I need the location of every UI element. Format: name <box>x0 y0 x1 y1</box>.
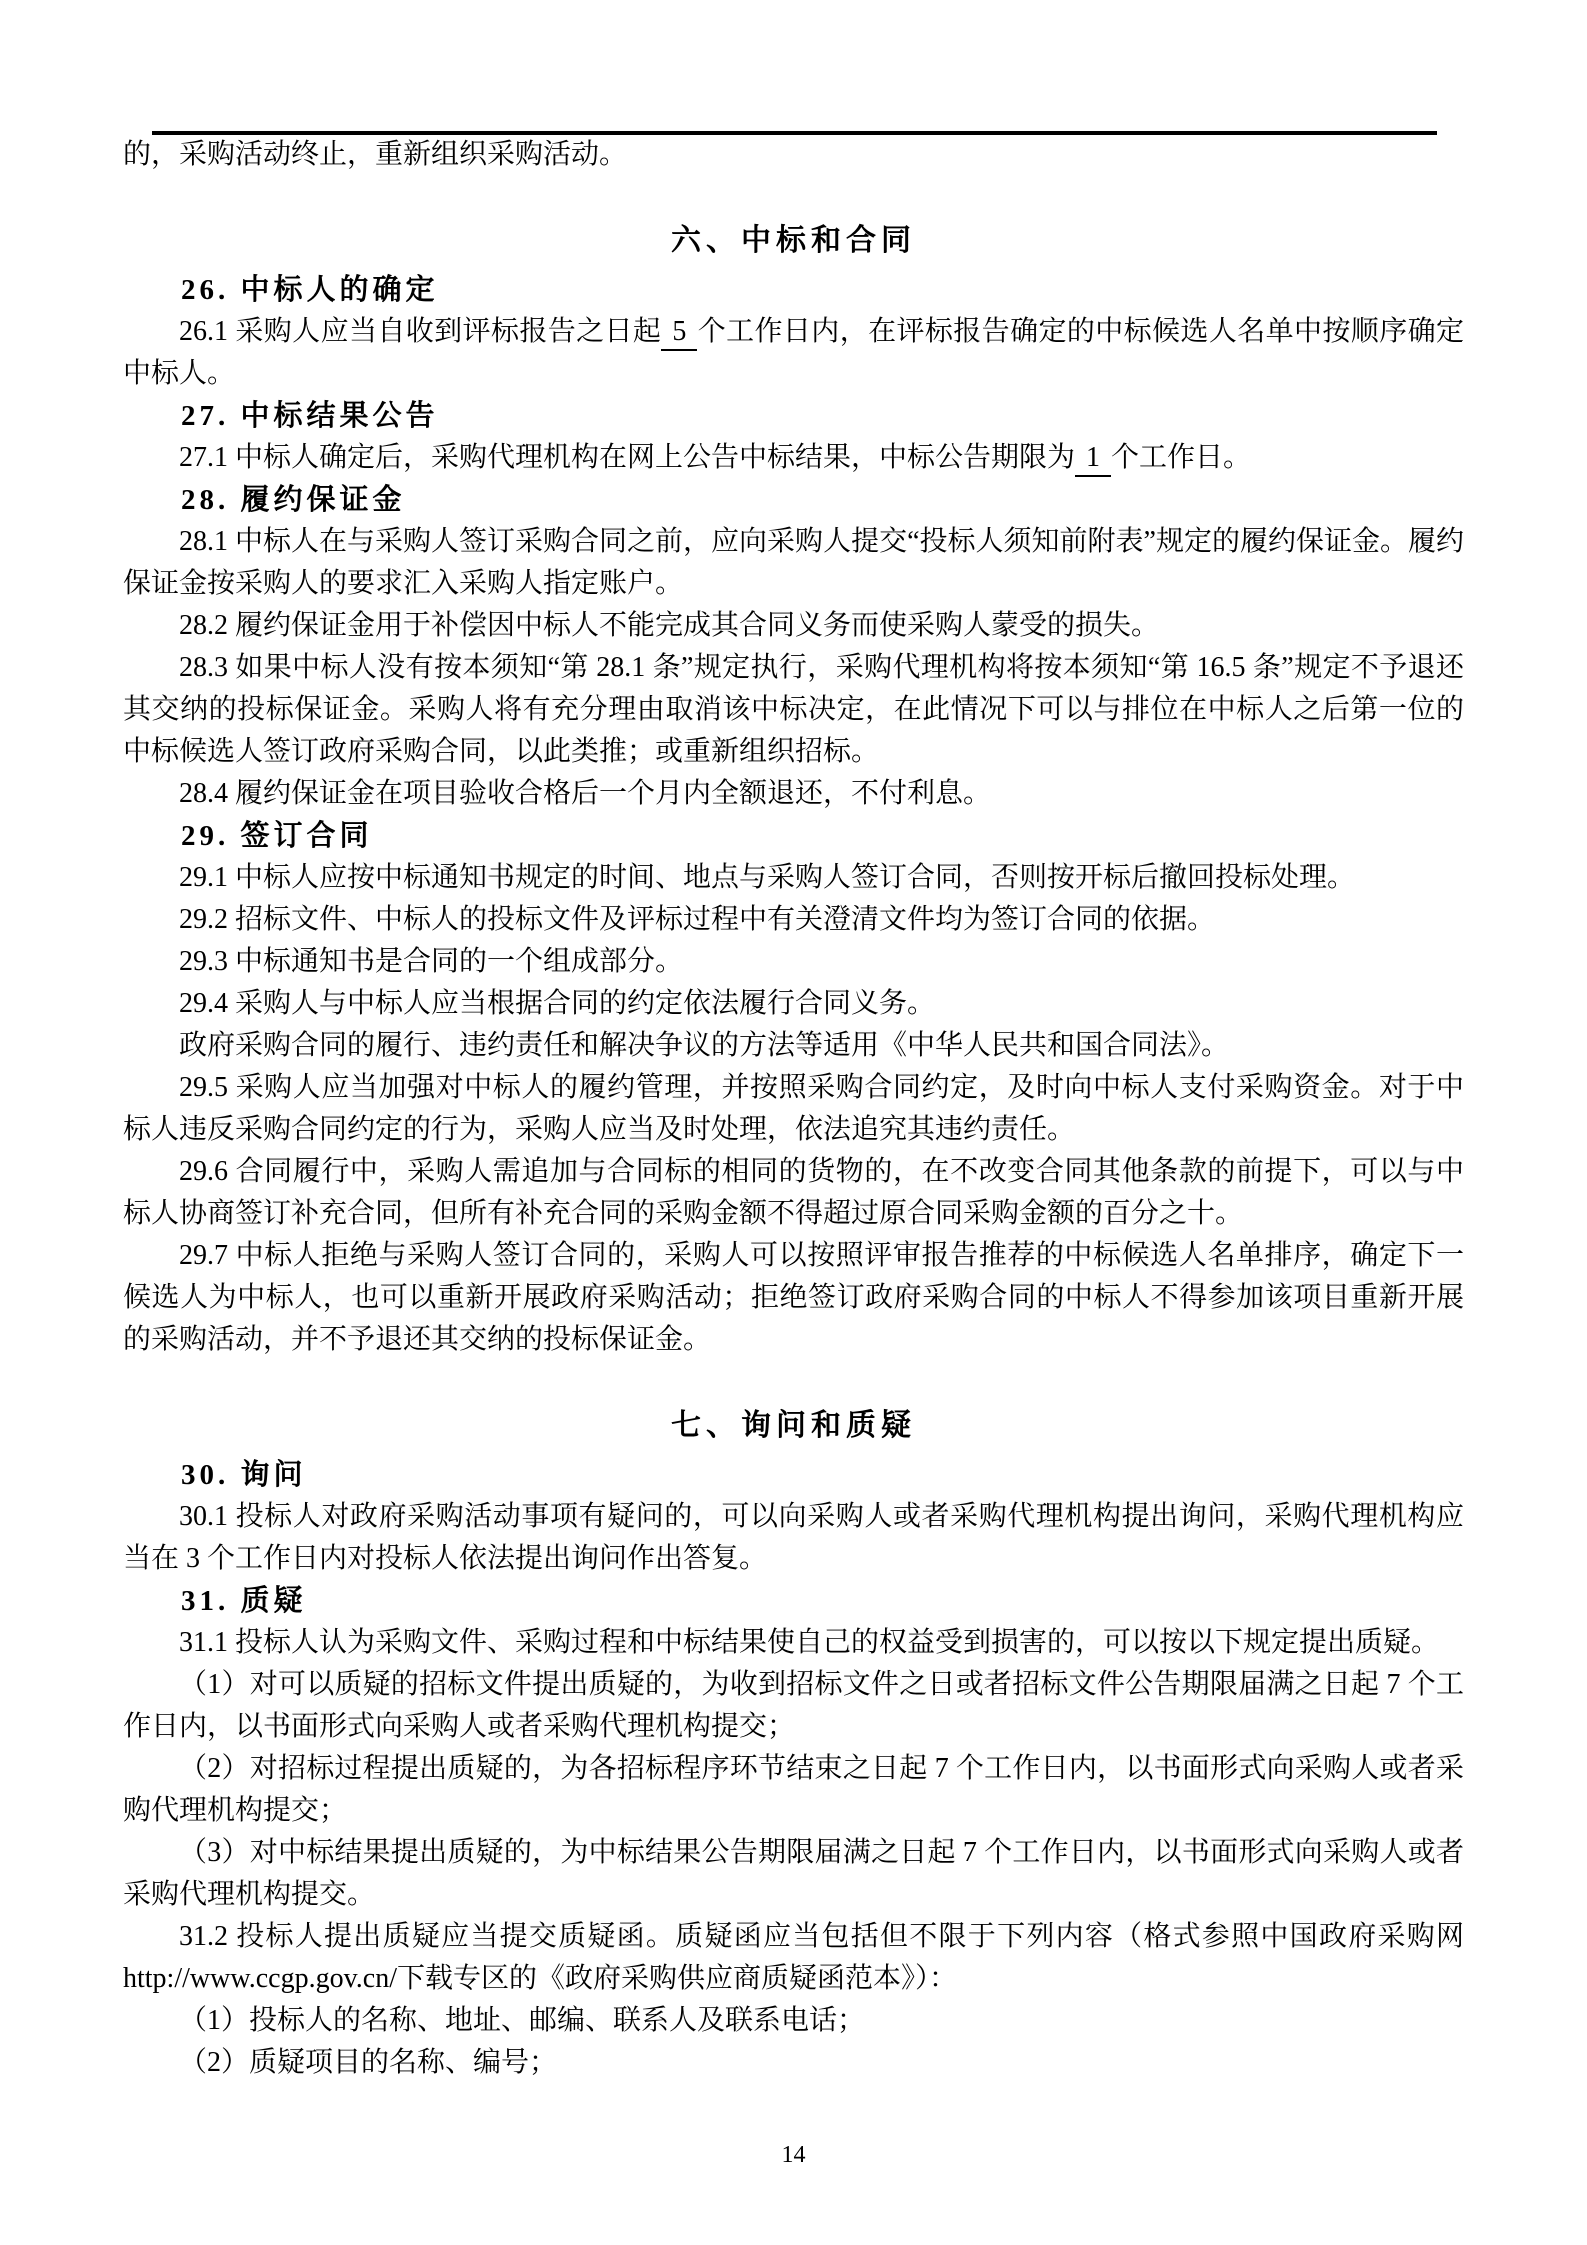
document-page: 的，采购活动终止，重新组织采购活动。 六、中标和合同 26. 中标人的确定 26… <box>0 0 1587 2245</box>
page-number: 14 <box>0 2140 1587 2170</box>
clause-26-1-pre: 26.1 采购人应当自收到评标报告之日起 <box>179 316 661 347</box>
clause-28-4: 28.4 履约保证金在项目验收合格后一个月内全额退还，不付利息。 <box>123 773 1464 815</box>
clause-29-5: 29.5 采购人应当加强对中标人的履约管理，并按照采购合同约定，及时向中标人支付… <box>123 1067 1464 1151</box>
clause-31-1-item-3: （3）对中标结果提出质疑的，为中标结果公告期限届满之日起 7 个工作日内，以书面… <box>123 1832 1464 1916</box>
clause-27-1-post: 个工作日。 <box>1111 442 1251 473</box>
body-text: 的，采购活动终止，重新组织采购活动。 六、中标和合同 26. 中标人的确定 26… <box>123 134 1464 2084</box>
clause-31-1: 31.1 投标人认为采购文件、采购过程和中标结果使自己的权益受到损害的，可以按以… <box>123 1622 1464 1664</box>
clause-28-1: 28.1 中标人在与采购人签订采购合同之前，应向采购人提交“投标人须知前附表”规… <box>123 521 1464 605</box>
clause-28-heading: 28. 履约保证金 <box>123 479 1464 521</box>
carryover-text: 的，采购活动终止，重新组织采购活动。 <box>123 134 1464 176</box>
clause-31-2: 31.2 投标人提出质疑应当提交质疑函。质疑函应当包括但不限于下列内容（格式参照… <box>123 1916 1464 2000</box>
clause-26-heading: 26. 中标人的确定 <box>123 269 1464 311</box>
clause-27-heading: 27. 中标结果公告 <box>123 395 1464 437</box>
clause-30-heading: 30. 询问 <box>123 1454 1464 1496</box>
clause-29-7: 29.7 中标人拒绝与采购人签订合同的，采购人可以按照评审报告推荐的中标候选人名… <box>123 1235 1464 1361</box>
clause-28-2: 28.2 履约保证金用于补偿因中标人不能完成其合同义务而使采购人蒙受的损失。 <box>123 605 1464 647</box>
clause-27-1-pre: 27.1 中标人确定后，采购代理机构在网上公告中标结果，中标公告期限为 <box>179 442 1075 473</box>
clause-31-heading: 31. 质疑 <box>123 1580 1464 1622</box>
clause-27-1: 27.1 中标人确定后，采购代理机构在网上公告中标结果，中标公告期限为1个工作日… <box>123 437 1464 479</box>
section-6-heading: 六、中标和合同 <box>123 220 1464 262</box>
clause-30-1: 30.1 投标人对政府采购活动事项有疑问的，可以向采购人或者采购代理机构提出询问… <box>123 1496 1464 1580</box>
clause-29-2: 29.2 招标文件、中标人的投标文件及评标过程中有关澄清文件均为签订合同的依据。 <box>123 899 1464 941</box>
clause-26-1: 26.1 采购人应当自收到评标报告之日起5个工作日内，在评标报告确定的中标候选人… <box>123 311 1464 395</box>
filled-blank-days: 1 <box>1075 441 1111 477</box>
clause-29-4-note: 政府采购合同的履行、违约责任和解决争议的方法等适用《中华人民共和国合同法》。 <box>123 1025 1464 1067</box>
clause-29-3: 29.3 中标通知书是合同的一个组成部分。 <box>123 941 1464 983</box>
clause-29-heading: 29. 签订合同 <box>123 815 1464 857</box>
clause-31-2-item-2: （2）质疑项目的名称、编号； <box>123 2042 1464 2084</box>
clause-29-6: 29.6 合同履行中，采购人需追加与合同标的相同的货物的，在不改变合同其他条款的… <box>123 1151 1464 1235</box>
clause-28-3: 28.3 如果中标人没有按本须知“第 28.1 条”规定执行，采购代理机构将按本… <box>123 647 1464 773</box>
clause-29-4: 29.4 采购人与中标人应当根据合同的约定依法履行合同义务。 <box>123 983 1464 1025</box>
clause-31-2-item-1: （1）投标人的名称、地址、邮编、联系人及联系电话； <box>123 2000 1464 2042</box>
clause-31-1-item-2: （2）对招标过程提出质疑的，为各招标程序环节结束之日起 7 个工作日内，以书面形… <box>123 1748 1464 1832</box>
clause-31-1-item-1: （1）对可以质疑的招标文件提出质疑的，为收到招标文件之日或者招标文件公告期限届满… <box>123 1664 1464 1748</box>
clause-29-1: 29.1 中标人应按中标通知书规定的时间、地点与采购人签订合同，否则按开标后撤回… <box>123 857 1464 899</box>
filled-blank-days: 5 <box>661 315 697 351</box>
section-7-heading: 七、询问和质疑 <box>123 1405 1464 1447</box>
